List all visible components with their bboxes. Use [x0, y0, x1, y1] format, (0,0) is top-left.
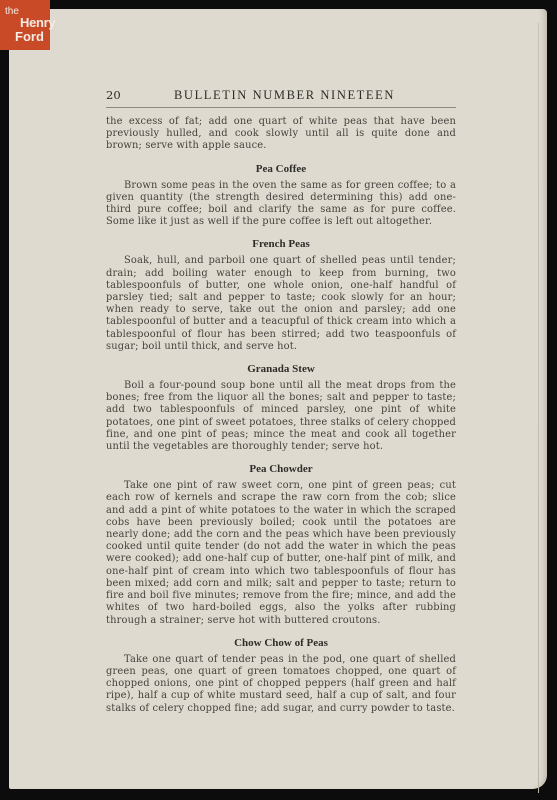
recipe-chow-chow-of-peas: Chow Chow of Peas Take one quart of tend… — [106, 637, 456, 715]
recipe-title: Chow Chow of Peas — [106, 637, 456, 649]
recipe-title: Granada Stew — [106, 363, 456, 375]
page-number: 20 — [106, 88, 174, 102]
intro-paragraph: the excess of fat; add one quart of whit… — [106, 116, 456, 153]
recipe-title: Pea Chowder — [106, 463, 456, 475]
recipe-text: Take one pint of raw sweet corn, one pin… — [106, 480, 456, 626]
recipe-text: Take one quart of tender peas in the pod… — [106, 654, 456, 715]
page-content: 20 BULLETIN NUMBER NINETEEN the excess o… — [106, 88, 456, 715]
logo-text-ford: Ford — [15, 30, 44, 43]
recipe-pea-chowder: Pea Chowder Take one pint of raw sweet c… — [106, 463, 456, 626]
recipe-pea-coffee: Pea Coffee Brown some peas in the oven t… — [106, 163, 456, 229]
recipe-text: Boil a four-pound soup bone until all th… — [106, 380, 456, 453]
recipe-title: Pea Coffee — [106, 163, 456, 175]
logo-text-the: the — [5, 7, 19, 17]
recipe-text: Brown some peas in the oven the same as … — [106, 180, 456, 229]
running-header: 20 BULLETIN NUMBER NINETEEN — [106, 88, 456, 108]
recipe-granada-stew: Granada Stew Boil a four-pound soup bone… — [106, 363, 456, 453]
recipe-title: French Peas — [106, 238, 456, 250]
logo-text-henry: Henry — [20, 16, 55, 29]
page-edge — [538, 23, 539, 793]
running-title: BULLETIN NUMBER NINETEEN — [174, 88, 395, 103]
henry-ford-logo: the Henry Ford — [0, 0, 50, 50]
recipe-french-peas: French Peas Soak, hull, and parboil one … — [106, 238, 456, 353]
recipe-text: Soak, hull, and parboil one quart of she… — [106, 255, 456, 353]
